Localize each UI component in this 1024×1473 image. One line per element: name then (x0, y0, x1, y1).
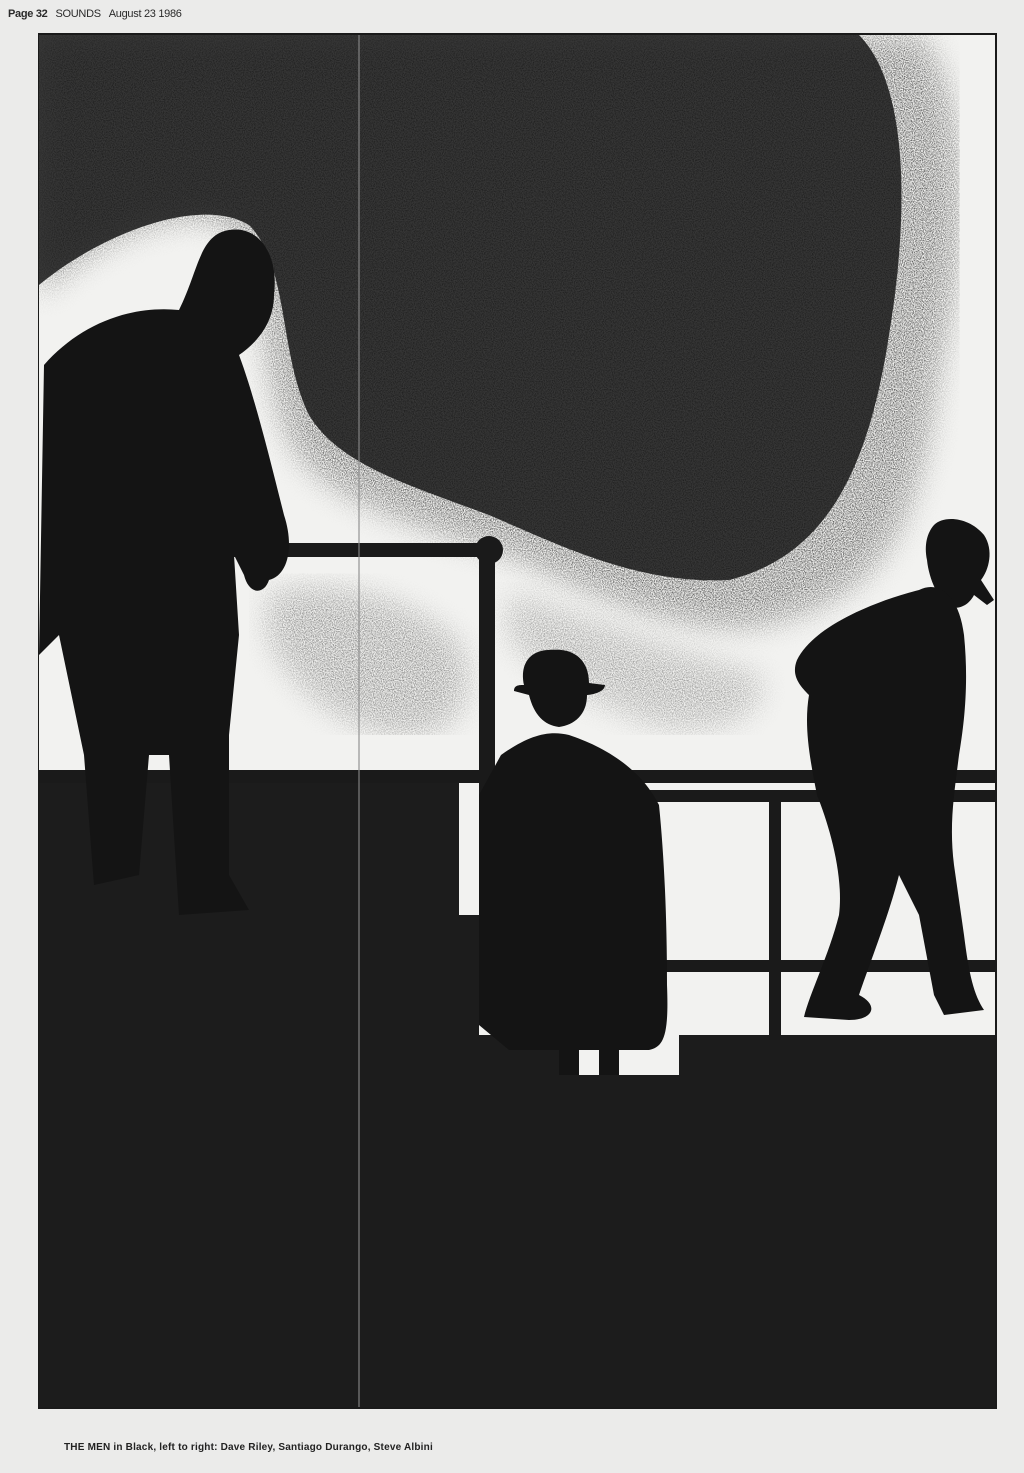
issue-date: August 23 1986 (109, 8, 182, 20)
photo-caption: THE MEN in Black, left to right: Dave Ri… (64, 1442, 433, 1453)
silhouette-photo-graphic (39, 35, 995, 1407)
band-photo (38, 33, 997, 1409)
page-header: Page 32 SOUNDS August 23 1986 (8, 8, 182, 20)
publication-name: SOUNDS (55, 8, 100, 20)
page-number: Page 32 (8, 8, 47, 20)
